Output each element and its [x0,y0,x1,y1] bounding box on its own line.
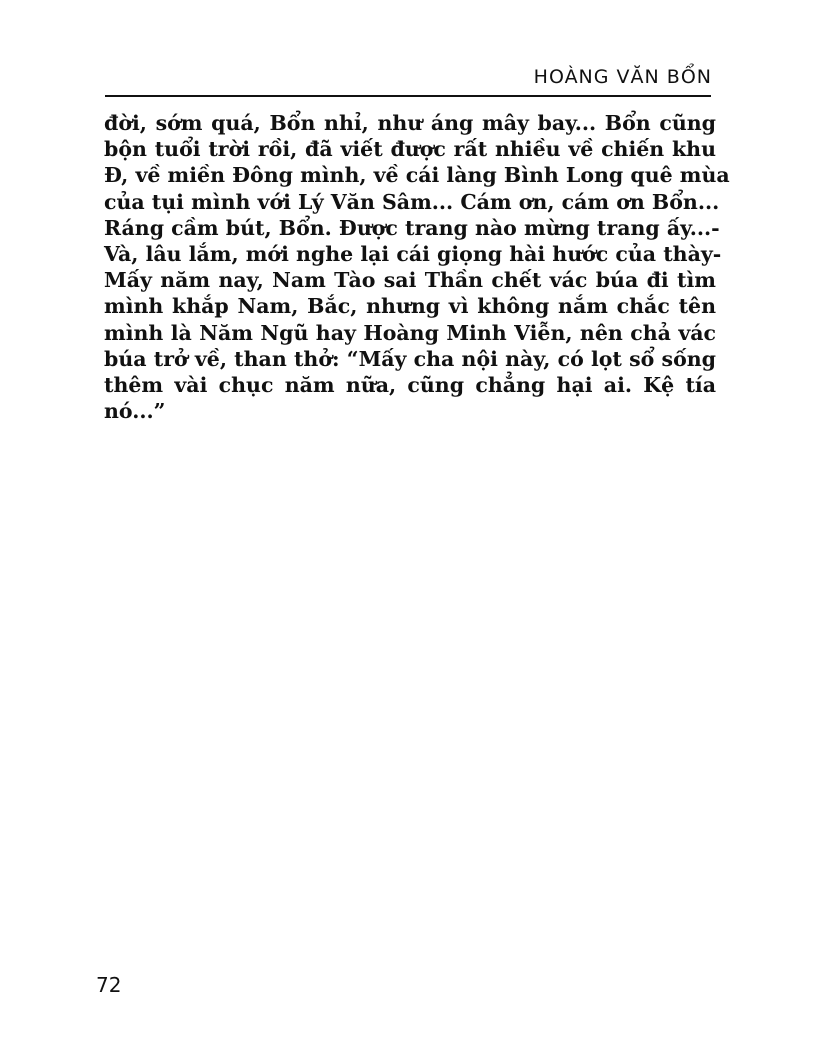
book-page: HOÀNG VĂN BỔN đời, sớm quá, Bổn nhỉ, như… [0,0,816,1056]
page-number: 72 [96,973,121,997]
text-line: Mấy năm nay, Nam Tào sai Thần chết vác b… [104,267,716,293]
text-line: thêm vài chục năm nữa, cũng chẳng hại ai… [104,372,716,398]
running-head-title: HOÀNG VĂN BỔN [534,66,712,88]
text-line: Và, lâu lắm, mới nghe lại cái giọng hài … [104,241,716,267]
text-line: mình là Năm Ngũ hay Hoàng Minh Viễn, nên… [104,320,716,346]
text-line: nó...” [104,398,716,424]
text-line: Ráng cầm bút, Bổn. Được trang nào mừng t… [104,215,716,241]
text-line: búa trở về, than thở: “Mấy cha nội này, … [104,346,716,372]
body-text: đời, sớm quá, Bổn nhỉ, như áng mây bay..… [104,110,716,424]
header-rule [105,95,711,97]
text-line: đời, sớm quá, Bổn nhỉ, như áng mây bay..… [104,110,716,136]
text-line: mình khắp Nam, Bắc, nhưng vì không nắm c… [104,293,716,319]
text-line: Đ, về miền Đông mình, về cái làng Bình L… [104,162,716,188]
text-line: bộn tuổi trời rồi, đã viết được rất nhiề… [104,136,716,162]
text-line: của tụi mình với Lý Văn Sâm... Cám ơn, c… [104,189,716,215]
